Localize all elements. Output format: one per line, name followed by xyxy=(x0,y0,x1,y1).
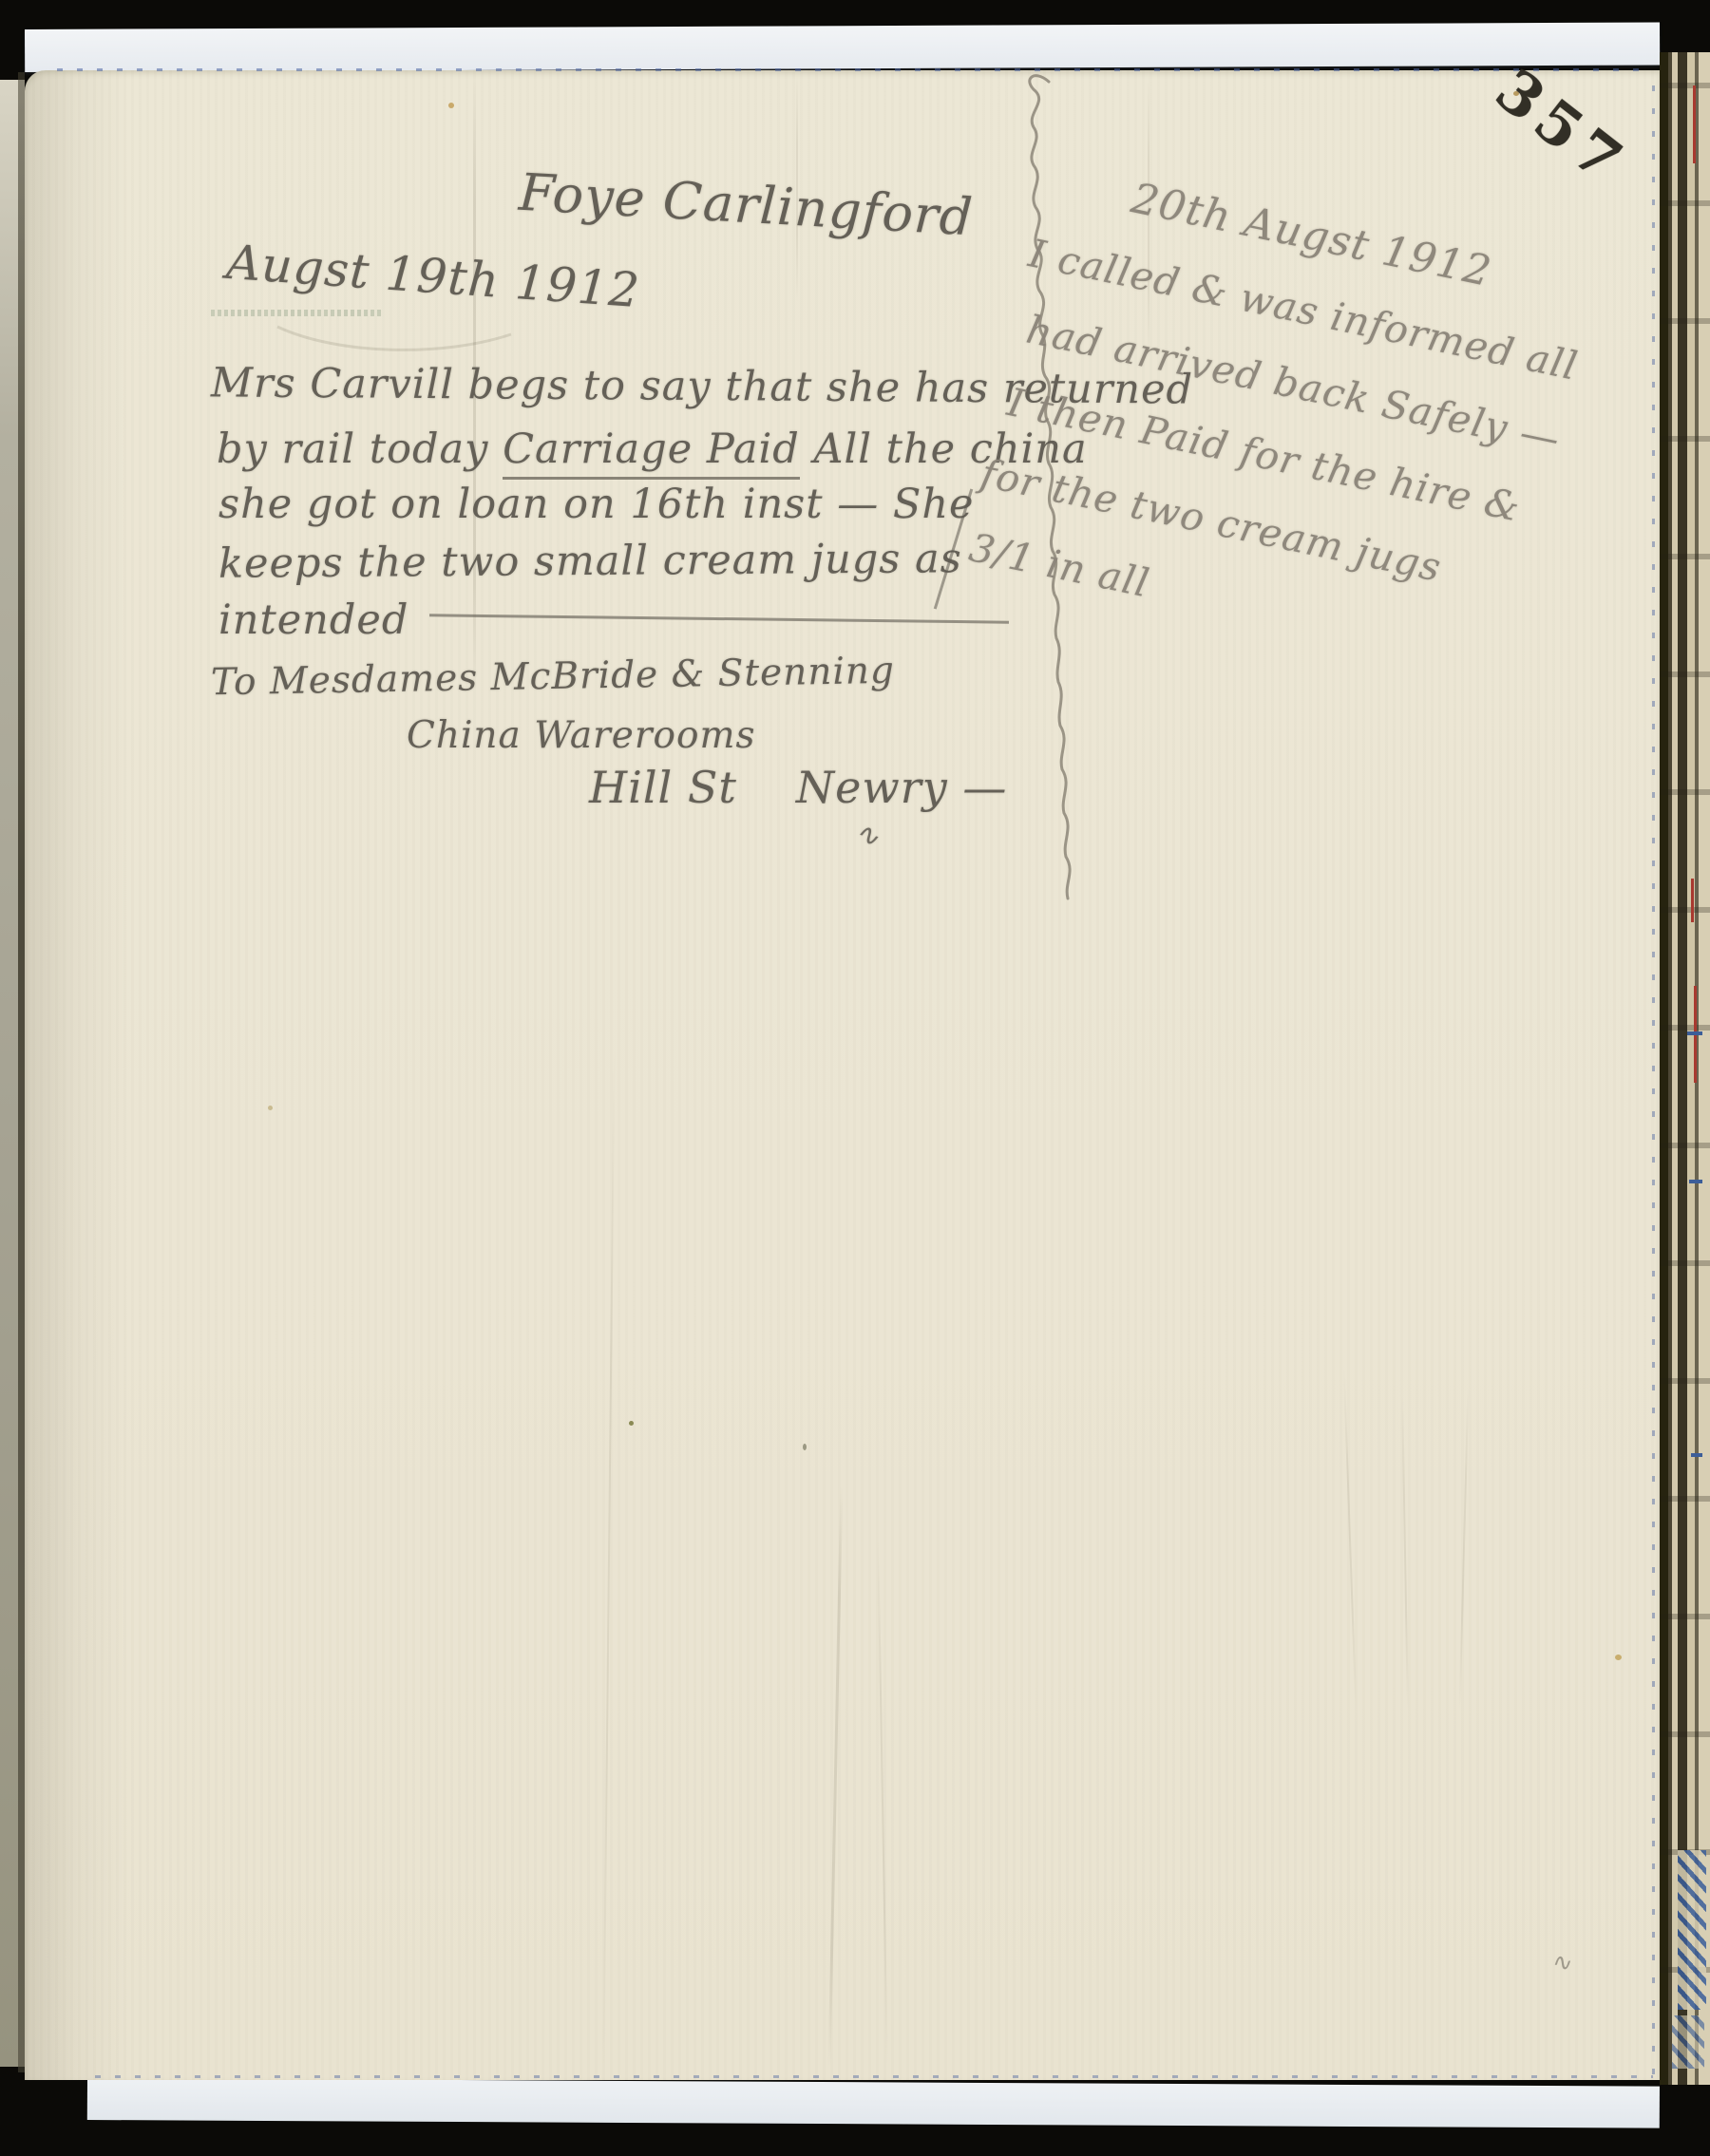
edge-red-mark xyxy=(1691,879,1694,922)
edge-blue-tick xyxy=(1687,1031,1702,1035)
letter-body-line: she got on loan on 16th inst — She xyxy=(218,481,974,528)
address-line: Hill StNewry — xyxy=(589,762,1007,813)
address-street: Hill St xyxy=(589,762,737,813)
edge-blue-tick xyxy=(1691,1453,1702,1457)
paper-fleck xyxy=(448,103,454,108)
edge-blue-tick xyxy=(1689,1180,1702,1183)
carriage-paid-underlined: Carriage Paid xyxy=(503,426,800,480)
page-right-blue-edge-line xyxy=(1652,76,1655,2074)
letter-body-line: intended xyxy=(218,596,1009,644)
paper-fleck xyxy=(629,1421,634,1426)
pencil-dash-rule xyxy=(429,614,1009,623)
stray-pencil-squiggle: ∿ xyxy=(1548,1948,1573,1979)
page-top-blue-edge-line xyxy=(57,68,1653,71)
page-bottom-blue-edge-line xyxy=(95,2075,1653,2078)
edge-blue-marbling xyxy=(1672,2015,1704,2069)
letter-body-text: intended xyxy=(218,596,408,644)
paper-fleck xyxy=(803,1444,807,1450)
letter-body-line: keeps the two small cream jugs as xyxy=(218,535,962,587)
paper-fleck xyxy=(268,1106,273,1110)
edge-red-mark xyxy=(1693,85,1696,163)
gutter-crease xyxy=(18,72,25,2072)
paper-fleck xyxy=(1615,1655,1622,1660)
address-town: Newry — xyxy=(796,762,1007,813)
letter-body-line: by rail today Carriage Paid All the chin… xyxy=(217,426,1088,473)
page-edge-stack xyxy=(1660,52,1710,2085)
scanned-ledger-photo: 357 Foye Carlingford Augst 19th 1912 Mrs… xyxy=(0,0,1710,2156)
underlying-page-edge-bottom xyxy=(87,2078,1660,2128)
address-line: China Warerooms xyxy=(407,714,755,757)
underlying-page-edge-top xyxy=(25,22,1660,72)
edge-blue-marbling xyxy=(1678,1850,1706,2010)
letter-body-text: by rail today xyxy=(217,426,503,473)
